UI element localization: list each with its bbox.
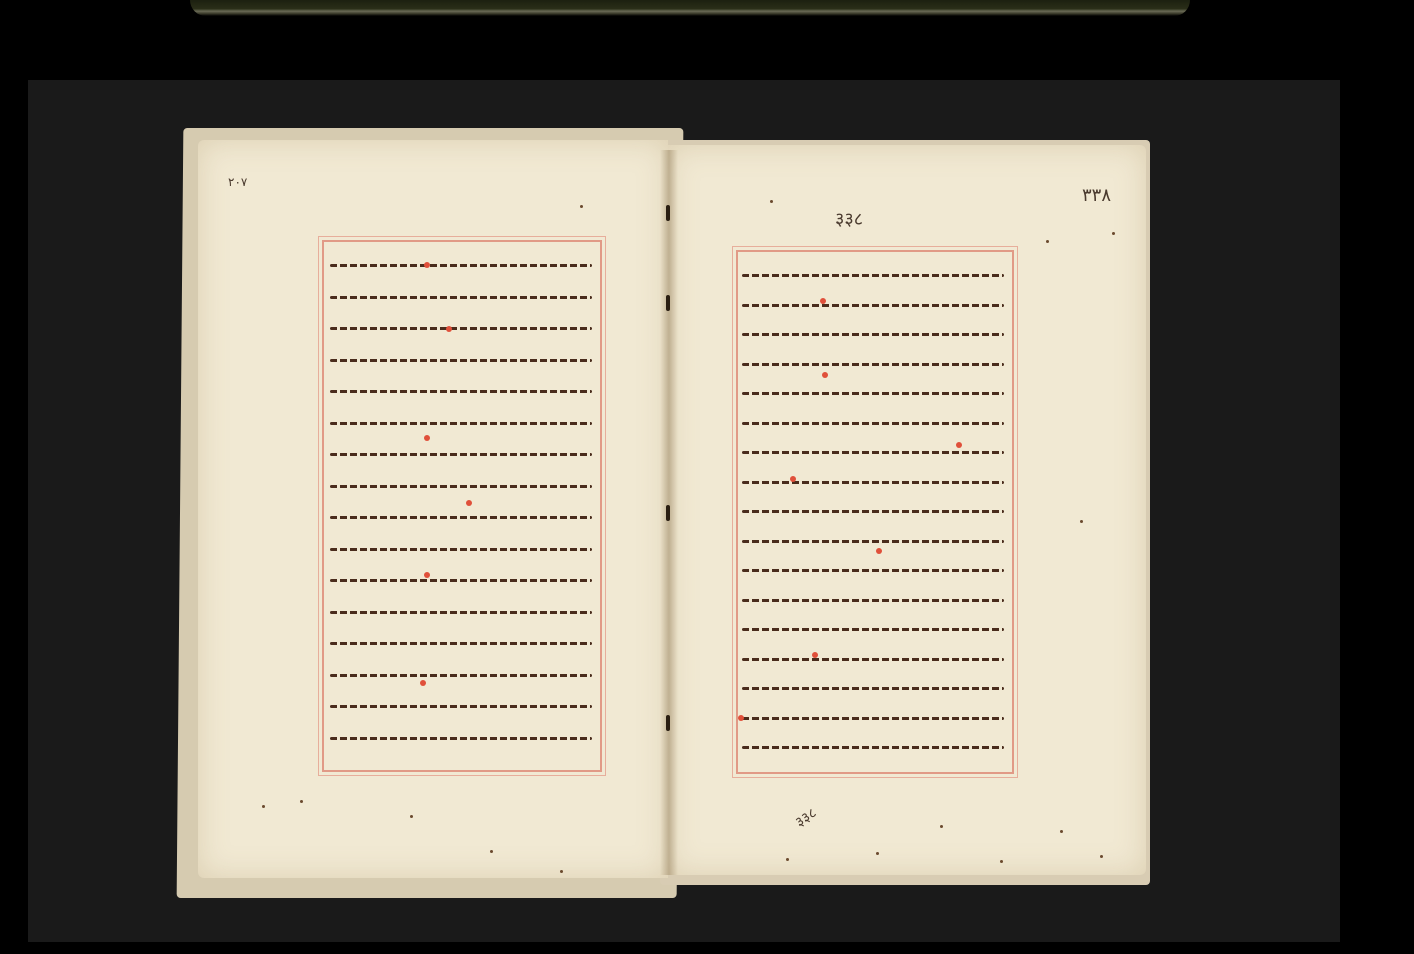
paper-stain <box>300 800 303 803</box>
script-line <box>742 442 1004 456</box>
script-line <box>742 295 1004 309</box>
script-line <box>330 507 592 521</box>
handwritten-text <box>742 451 1004 454</box>
script-line <box>330 665 592 679</box>
left-corner-folio: ٢٠٧ <box>228 175 247 189</box>
handwritten-text <box>742 422 1004 425</box>
handwritten-text <box>330 359 592 362</box>
handwritten-text <box>330 642 592 645</box>
paper-stain <box>490 850 493 853</box>
rubric-dot <box>956 442 962 448</box>
handwritten-text <box>742 304 1004 307</box>
paper-stain <box>876 852 879 855</box>
script-line <box>330 287 592 301</box>
handwritten-text <box>742 746 1004 749</box>
rubric-dot <box>424 435 430 441</box>
paper-stain <box>1080 520 1083 523</box>
handwritten-text <box>742 333 1004 336</box>
script-line <box>330 413 592 427</box>
rubric-dot <box>738 715 744 721</box>
paper-stain <box>786 858 789 861</box>
handwritten-text <box>330 264 592 267</box>
right-folio-arabic: ٣٣٨ <box>1082 185 1111 206</box>
paper-stain <box>410 815 413 818</box>
paper-stain <box>1000 860 1003 863</box>
script-line <box>330 728 592 742</box>
handwritten-text <box>330 485 592 488</box>
script-line <box>742 619 1004 633</box>
handwritten-text <box>330 327 592 330</box>
handwritten-text <box>742 481 1004 484</box>
rubric-dot <box>812 652 818 658</box>
rubric-dot <box>446 326 452 332</box>
paper-stain <box>560 870 563 873</box>
script-line <box>742 590 1004 604</box>
handwritten-text <box>330 705 592 708</box>
script-line <box>330 602 592 616</box>
script-line <box>330 696 592 710</box>
script-line <box>330 476 592 490</box>
paper-stain <box>1112 232 1115 235</box>
handwritten-text <box>742 599 1004 602</box>
paper-stain <box>1060 830 1063 833</box>
handwritten-text <box>742 687 1004 690</box>
script-line <box>742 501 1004 515</box>
handwritten-text <box>330 390 592 393</box>
script-line <box>742 737 1004 751</box>
top-edge-bar <box>190 0 1190 16</box>
script-line <box>742 708 1004 722</box>
handwritten-text <box>330 737 592 740</box>
paper-stain <box>770 200 773 203</box>
rubric-dot <box>420 680 426 686</box>
paper-stain <box>1046 240 1049 243</box>
handwritten-text <box>330 548 592 551</box>
handwritten-text <box>742 540 1004 543</box>
rubric-dot <box>820 298 826 304</box>
handwritten-text <box>742 658 1004 661</box>
script-line <box>330 350 592 364</box>
handwritten-text <box>330 422 592 425</box>
binding-stitch <box>666 505 670 521</box>
handwritten-text <box>742 628 1004 631</box>
rubric-dot <box>424 262 430 268</box>
script-line <box>330 381 592 395</box>
script-line <box>742 354 1004 368</box>
rubric-dot <box>876 548 882 554</box>
handwritten-text <box>742 717 1004 720</box>
script-line <box>330 539 592 553</box>
rubric-dot <box>790 476 796 482</box>
handwritten-text <box>330 453 592 456</box>
script-line <box>330 255 592 269</box>
paper-stain <box>580 205 583 208</box>
handwritten-text <box>330 674 592 677</box>
handwritten-text <box>330 579 592 582</box>
handwritten-text <box>330 296 592 299</box>
rubric-dot <box>822 372 828 378</box>
binding-stitch <box>666 715 670 731</box>
script-line <box>742 265 1004 279</box>
handwritten-text <box>742 274 1004 277</box>
script-line <box>330 444 592 458</box>
script-line <box>742 383 1004 397</box>
script-line <box>742 472 1004 486</box>
handwritten-text <box>742 392 1004 395</box>
rubric-dot <box>466 500 472 506</box>
right-folio-top: ३३८ <box>835 207 863 231</box>
handwritten-text <box>742 569 1004 572</box>
script-line <box>742 413 1004 427</box>
handwritten-text <box>330 516 592 519</box>
script-line <box>742 324 1004 338</box>
handwritten-text <box>330 611 592 614</box>
script-line <box>330 570 592 584</box>
script-line <box>330 633 592 647</box>
paper-stain <box>940 825 943 828</box>
handwritten-text <box>742 510 1004 513</box>
script-line <box>330 318 592 332</box>
script-line <box>742 649 1004 663</box>
binding-stitch <box>666 295 670 311</box>
script-line <box>742 560 1004 574</box>
binding-stitch <box>666 205 670 221</box>
script-line <box>742 531 1004 545</box>
paper-stain <box>262 805 265 808</box>
rubric-dot <box>424 572 430 578</box>
handwritten-text <box>742 363 1004 366</box>
paper-stain <box>1100 855 1103 858</box>
script-line <box>742 678 1004 692</box>
